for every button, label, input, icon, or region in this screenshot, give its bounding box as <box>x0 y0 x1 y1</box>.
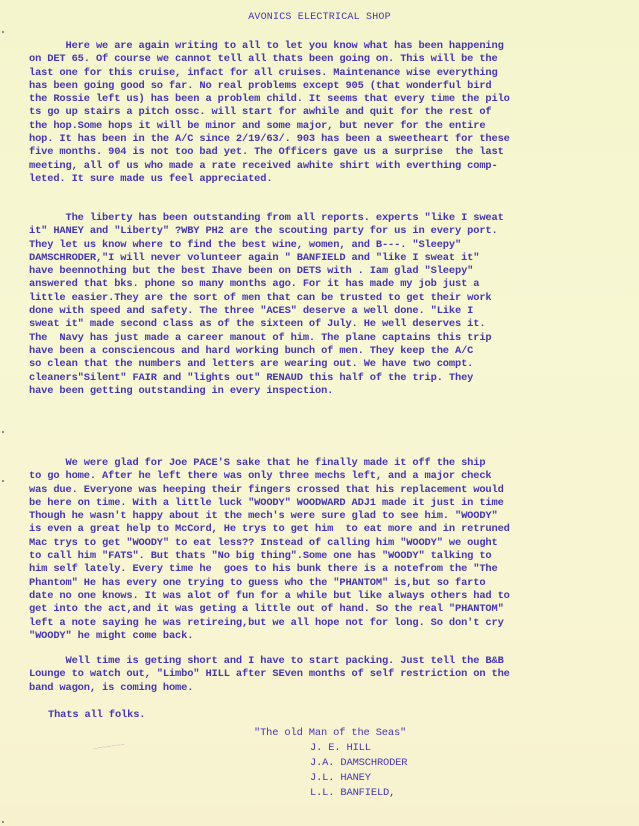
text-line: get into the act,and it was geting a lit… <box>29 603 615 616</box>
paper-speck <box>2 821 4 823</box>
text-line: has been going good so far. No real prob… <box>29 80 615 93</box>
text-line: on DET 65. Of course we cannot tell all … <box>29 53 615 66</box>
text-line: is even a great help to McCord, He trys … <box>29 523 615 536</box>
text-line: little easier.They are the sort of men t… <box>29 292 615 305</box>
text-line: answered that bks. phone so many months … <box>29 278 615 291</box>
signature-name: L.L. BANFIELD, <box>310 786 407 801</box>
text-line: The liberty has been outstanding from al… <box>29 212 615 225</box>
faint-pencil-mark: ~~~~~~~ <box>92 739 126 757</box>
text-line: Though he wasn't happy about it the mech… <box>29 510 615 523</box>
text-line: was due. Everyone was heeping their fing… <box>29 484 615 497</box>
closing-line: Thats all folks. <box>48 709 145 722</box>
text-line: done with speed and safety. The three "A… <box>29 305 615 318</box>
signature-name: J.L. HANEY <box>310 771 407 786</box>
text-line: sweat it" made second class as of the si… <box>29 318 615 331</box>
signature-name: J.A. DAMSCHRODER <box>310 756 407 771</box>
text-line: so clean that the numbers and letters ar… <box>29 358 615 371</box>
text-line: Mac trys to get "WOODY" to eat less?? In… <box>29 537 615 550</box>
text-line: They let us know where to find the best … <box>29 239 615 252</box>
text-line: five months. 904 is not too bad yet. The… <box>29 146 615 159</box>
paragraph-woody: We were glad for Joe PACE'S sake that he… <box>29 457 615 643</box>
text-line: him self lately. Every time he goes to h… <box>29 563 615 576</box>
text-line: leted. It sure made us feel appreciated. <box>29 173 615 186</box>
text-line: Lounge to watch out, "Limbo" HILL after … <box>29 668 615 681</box>
text-line: the Rossie left us) has been a problem c… <box>29 93 615 106</box>
text-line: left a note saying he was retireing,but … <box>29 617 615 630</box>
text-line: band wagon, is coming home. <box>29 682 615 695</box>
signature-names: J. E. HILL J.A. DAMSCHRODER J.L. HANEY L… <box>310 741 407 800</box>
text-line: to call him "FATS". But thats "No big th… <box>29 550 615 563</box>
signature-block: "The old Man of the Seas" J. E. HILL J.A… <box>254 727 407 800</box>
text-line: Phantom" He has every one trying to gues… <box>29 577 615 590</box>
paper-speck <box>2 431 4 433</box>
text-line: hop. It has been in the A/C since 2/19/6… <box>29 133 615 146</box>
text-line: meeting, all of us who made a rate recei… <box>29 160 615 173</box>
text-line: "WOODY" he might come back. <box>29 630 615 643</box>
paper-speck <box>2 480 4 482</box>
text-line: have been a consciencous and hard workin… <box>29 345 615 358</box>
text-line: have beennothing but the best Ihave been… <box>29 265 615 278</box>
text-line: last one for this cruise, infact for all… <box>29 67 615 80</box>
paragraph-liberty: The liberty has been outstanding from al… <box>29 212 615 398</box>
paragraph-going-home: Well time is geting short and I have to … <box>29 655 615 695</box>
text-line: DAMSCHRODER,"I will never volunteer agai… <box>29 252 615 265</box>
text-line: Well time is geting short and I have to … <box>29 655 615 668</box>
document-title: AVONICS ELECTRICAL SHOP <box>0 11 639 24</box>
text-line: The Navy has just made a career manout o… <box>29 332 615 345</box>
text-line: it" HANEY and "Liberty" ?WBY PH2 are the… <box>29 225 615 238</box>
text-line: cleaners"Silent" FAIR and "lights out" R… <box>29 372 615 385</box>
signature-motto: "The old Man of the Seas" <box>254 727 407 740</box>
text-line: be here on time. With a little luck "WOO… <box>29 497 615 510</box>
text-line: We were glad for Joe PACE'S sake that he… <box>29 457 615 470</box>
text-line: to go home. After he left there was only… <box>29 470 615 483</box>
scanned-letter-page: AVONICS ELECTRICAL SHOP Here we are agai… <box>0 0 639 826</box>
text-line: date no one knows. It was alot of fun fo… <box>29 590 615 603</box>
paragraph-maintenance: Here we are again writing to all to let … <box>29 40 615 186</box>
text-line: have been getting outstanding in every i… <box>29 385 615 398</box>
paper-speck <box>2 31 4 33</box>
text-line: Here we are again writing to all to let … <box>29 40 615 53</box>
signature-name: J. E. HILL <box>310 741 407 756</box>
text-line: ts go up stairs a pitch ossc. will start… <box>29 106 615 119</box>
text-line: the hop.Some hops it will be minor and s… <box>29 120 615 133</box>
